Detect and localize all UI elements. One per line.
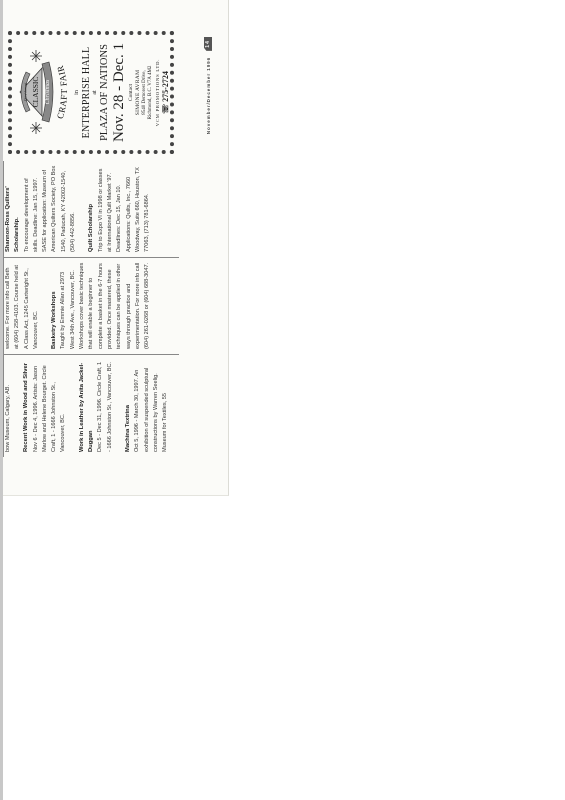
listing-column-1: bow Museum, Calgary, AB. Recent Work in … (3, 355, 179, 457)
craft-fair-advertisement: Third Annual CLASSIC Christmas CRAFT FAI… (3, 26, 179, 159)
ad-location: PLAZA OF NATIONS (99, 44, 111, 141)
listing-column-3: Shannon-Ross Quilters' Scholarship. To e… (3, 161, 179, 258)
page-number: 14 (204, 37, 212, 51)
listing-text: Oct 5, 1996 - March 30, 1997. An exhibit… (133, 359, 170, 452)
listing-text: Taught by Emmie Allan at 2973 West 34th … (59, 262, 152, 349)
listing-title: Shannon-Ross Quilters' Scholarship. (4, 165, 23, 252)
ad-phone-number: 275-2724 (161, 71, 170, 102)
listing-title: Machina Textrina (124, 359, 133, 452)
issue-date: November/December 1996 (206, 57, 211, 134)
ad-venue: ENTERPRISE HALL (81, 47, 92, 139)
listing-title: Quilt Scholarship (87, 165, 96, 252)
house-ribbon-logo-icon: Third Annual CLASSIC Christmas CRAFT FAI… (16, 43, 74, 143)
ad-at-label: at (92, 90, 99, 94)
ad-company: VCM PROMOTIONS LTD. (154, 59, 161, 126)
page-footer: November/December 1996 14 (203, 37, 213, 317)
svg-text:CLASSIC: CLASSIC (31, 77, 40, 108)
svg-text:Third Annual: Third Annual (24, 83, 28, 102)
svg-text:Christmas: Christmas (45, 80, 51, 105)
ad-dates: Nov. 28 - Dec. 1 (111, 43, 127, 142)
listing-text: Dec 5 - Dec 31, 1996. Circle Craft, 1 - … (96, 359, 115, 452)
listing-text: To encourage development of skills. Dead… (23, 165, 79, 252)
ad-in-label: in (74, 90, 81, 95)
ad-contact-label: Contact (127, 84, 135, 101)
ad-content: Third Annual CLASSIC Christmas CRAFT FAI… (14, 37, 168, 148)
listing-title: Work in Leather by Anita Jackel-Duggan (78, 359, 97, 452)
listing-text: bow Museum, Calgary, AB. (4, 359, 13, 452)
listing-text: welcome. For more info call Beth at (604… (4, 262, 41, 349)
listing-title: Basketry Workshops (50, 262, 59, 349)
svg-text:CRAFT FAIR: CRAFT FAIR (55, 64, 69, 120)
craft-fair-logo: Third Annual CLASSIC Christmas CRAFT FAI… (16, 43, 74, 143)
rotated-page-content: bow Museum, Calgary, AB. Recent Work in … (3, 25, 179, 457)
snowflake-icon (30, 123, 42, 135)
listing-title: Recent Work in Wood and Silver (22, 359, 31, 452)
listing-text: Nov 6 - Dec 4, 1996. Artists: Jason Marl… (32, 359, 69, 452)
snowflake-icon (30, 51, 42, 63)
telephone-icon: ☏ (161, 104, 170, 114)
listing-text: Trip to Expo VI in 1998 or classes at In… (97, 165, 153, 252)
ad-phone: ☏ 275-2724 (161, 71, 170, 114)
listing-column-2: welcome. For more info call Beth at (604… (3, 258, 179, 355)
